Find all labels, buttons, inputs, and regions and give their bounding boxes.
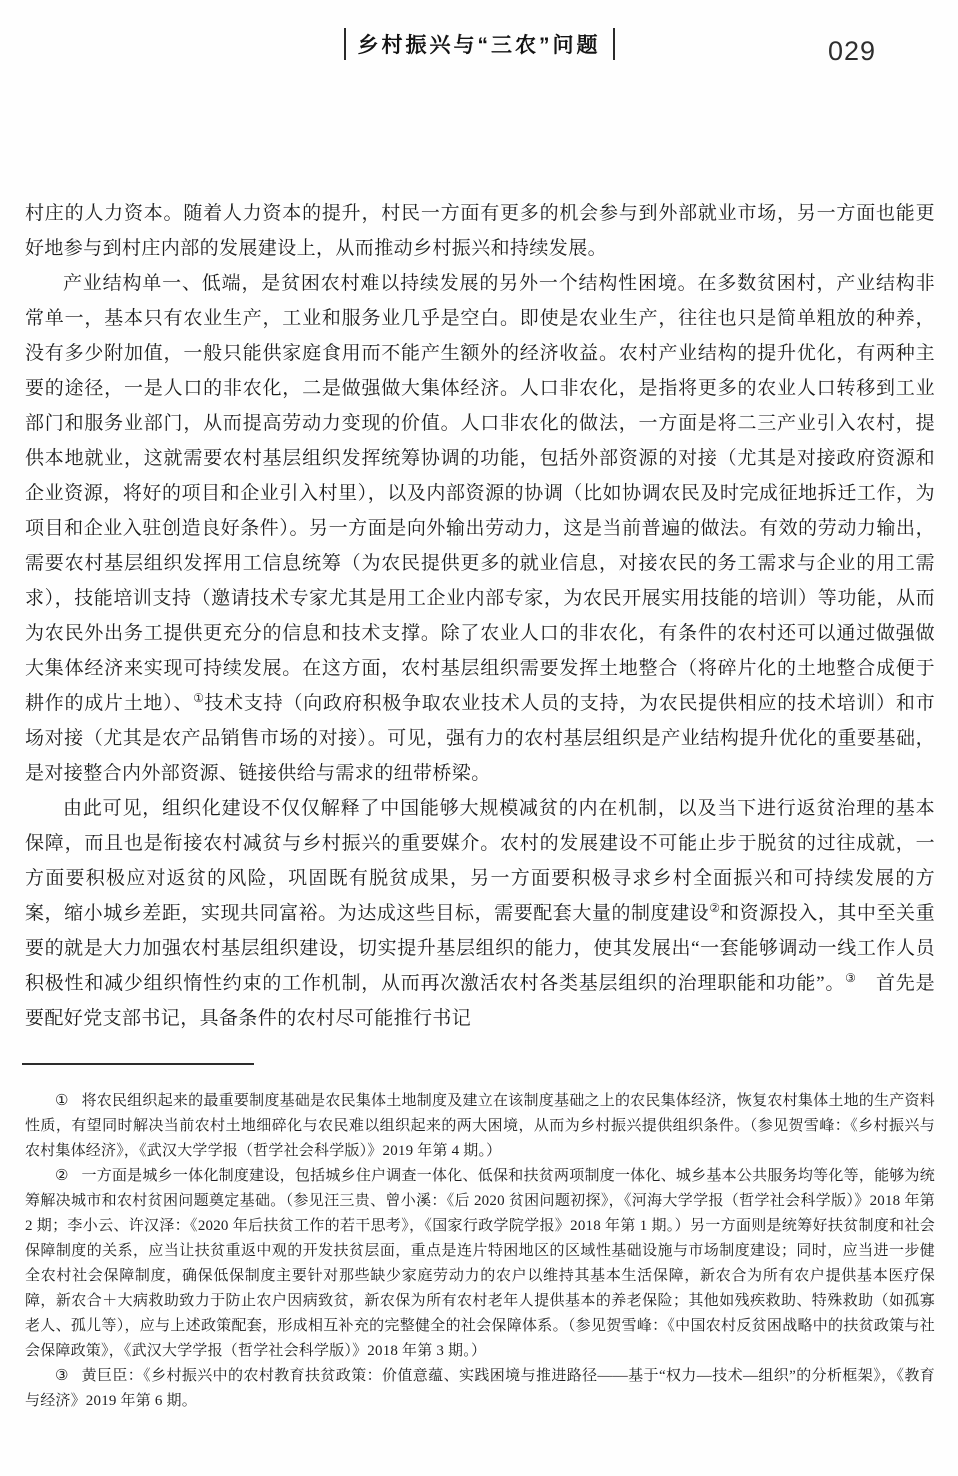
footnote-marker: ③	[55, 1368, 69, 1384]
footnote-separator	[22, 1063, 254, 1065]
footnote-ref-3: ③	[845, 971, 856, 985]
footnote-ref-1: ①	[193, 691, 204, 705]
paragraph-text: 村庄的人力资本。随着人力资本的提升，村民一方面有更多的机会参与到外部就业市场，另…	[25, 203, 935, 259]
body-paragraph-1: 村庄的人力资本。随着人力资本的提升，村民一方面有更多的机会参与到外部就业市场，另…	[25, 196, 935, 266]
page-content: 村庄的人力资本。随着人力资本的提升，村民一方面有更多的机会参与到外部就业市场，另…	[25, 0, 935, 1414]
footnotes: ①将农民组织起来的最重要制度基础是农民集体土地制度及建立在该制度基础之上的农民集…	[25, 1089, 935, 1414]
footnote-marker: ②	[55, 1168, 69, 1184]
footnote-marker: ①	[55, 1093, 69, 1109]
footnote-text: 将农民组织起来的最重要制度基础是农民集体土地制度及建立在该制度基础之上的农民集体…	[25, 1093, 935, 1159]
footnote-ref-2: ②	[709, 901, 720, 915]
footnote-item-1: ①将农民组织起来的最重要制度基础是农民集体土地制度及建立在该制度基础之上的农民集…	[25, 1089, 935, 1164]
footnote-item-2: ②一方面是城乡一体化制度建设，包括城乡住户调查一体化、低保和扶贫两项制度一体化、…	[25, 1164, 935, 1364]
book-page: 乡村振兴与“三农”问题 029 村庄的人力资本。随着人力资本的提升，村民一方面有…	[0, 0, 958, 1476]
footnote-item-3: ③黄巨臣：《乡村振兴中的农村教育扶贫政策：价值意蕴、实践困境与推进路径——基于“…	[25, 1364, 935, 1414]
paragraph-text: 产业结构单一、低端，是贫困农村难以持续发展的另外一个结构性困境。在多数贫困村，产…	[25, 273, 935, 714]
body-paragraph-3: 由此可见，组织化建设不仅仅解释了中国能够大规模减贫的内在机制，以及当下进行返贫治…	[25, 791, 935, 1036]
footnote-text: 一方面是城乡一体化制度建设，包括城乡住户调查一体化、低保和扶贫两项制度一体化、城…	[25, 1168, 935, 1359]
body-paragraph-2: 产业结构单一、低端，是贫困农村难以持续发展的另外一个结构性困境。在多数贫困村，产…	[25, 266, 935, 791]
footnote-text: 黄巨臣：《乡村振兴中的农村教育扶贫政策：价值意蕴、实践困境与推进路径——基于“权…	[25, 1368, 935, 1409]
body-text: 村庄的人力资本。随着人力资本的提升，村民一方面有更多的机会参与到外部就业市场，另…	[25, 196, 935, 1036]
